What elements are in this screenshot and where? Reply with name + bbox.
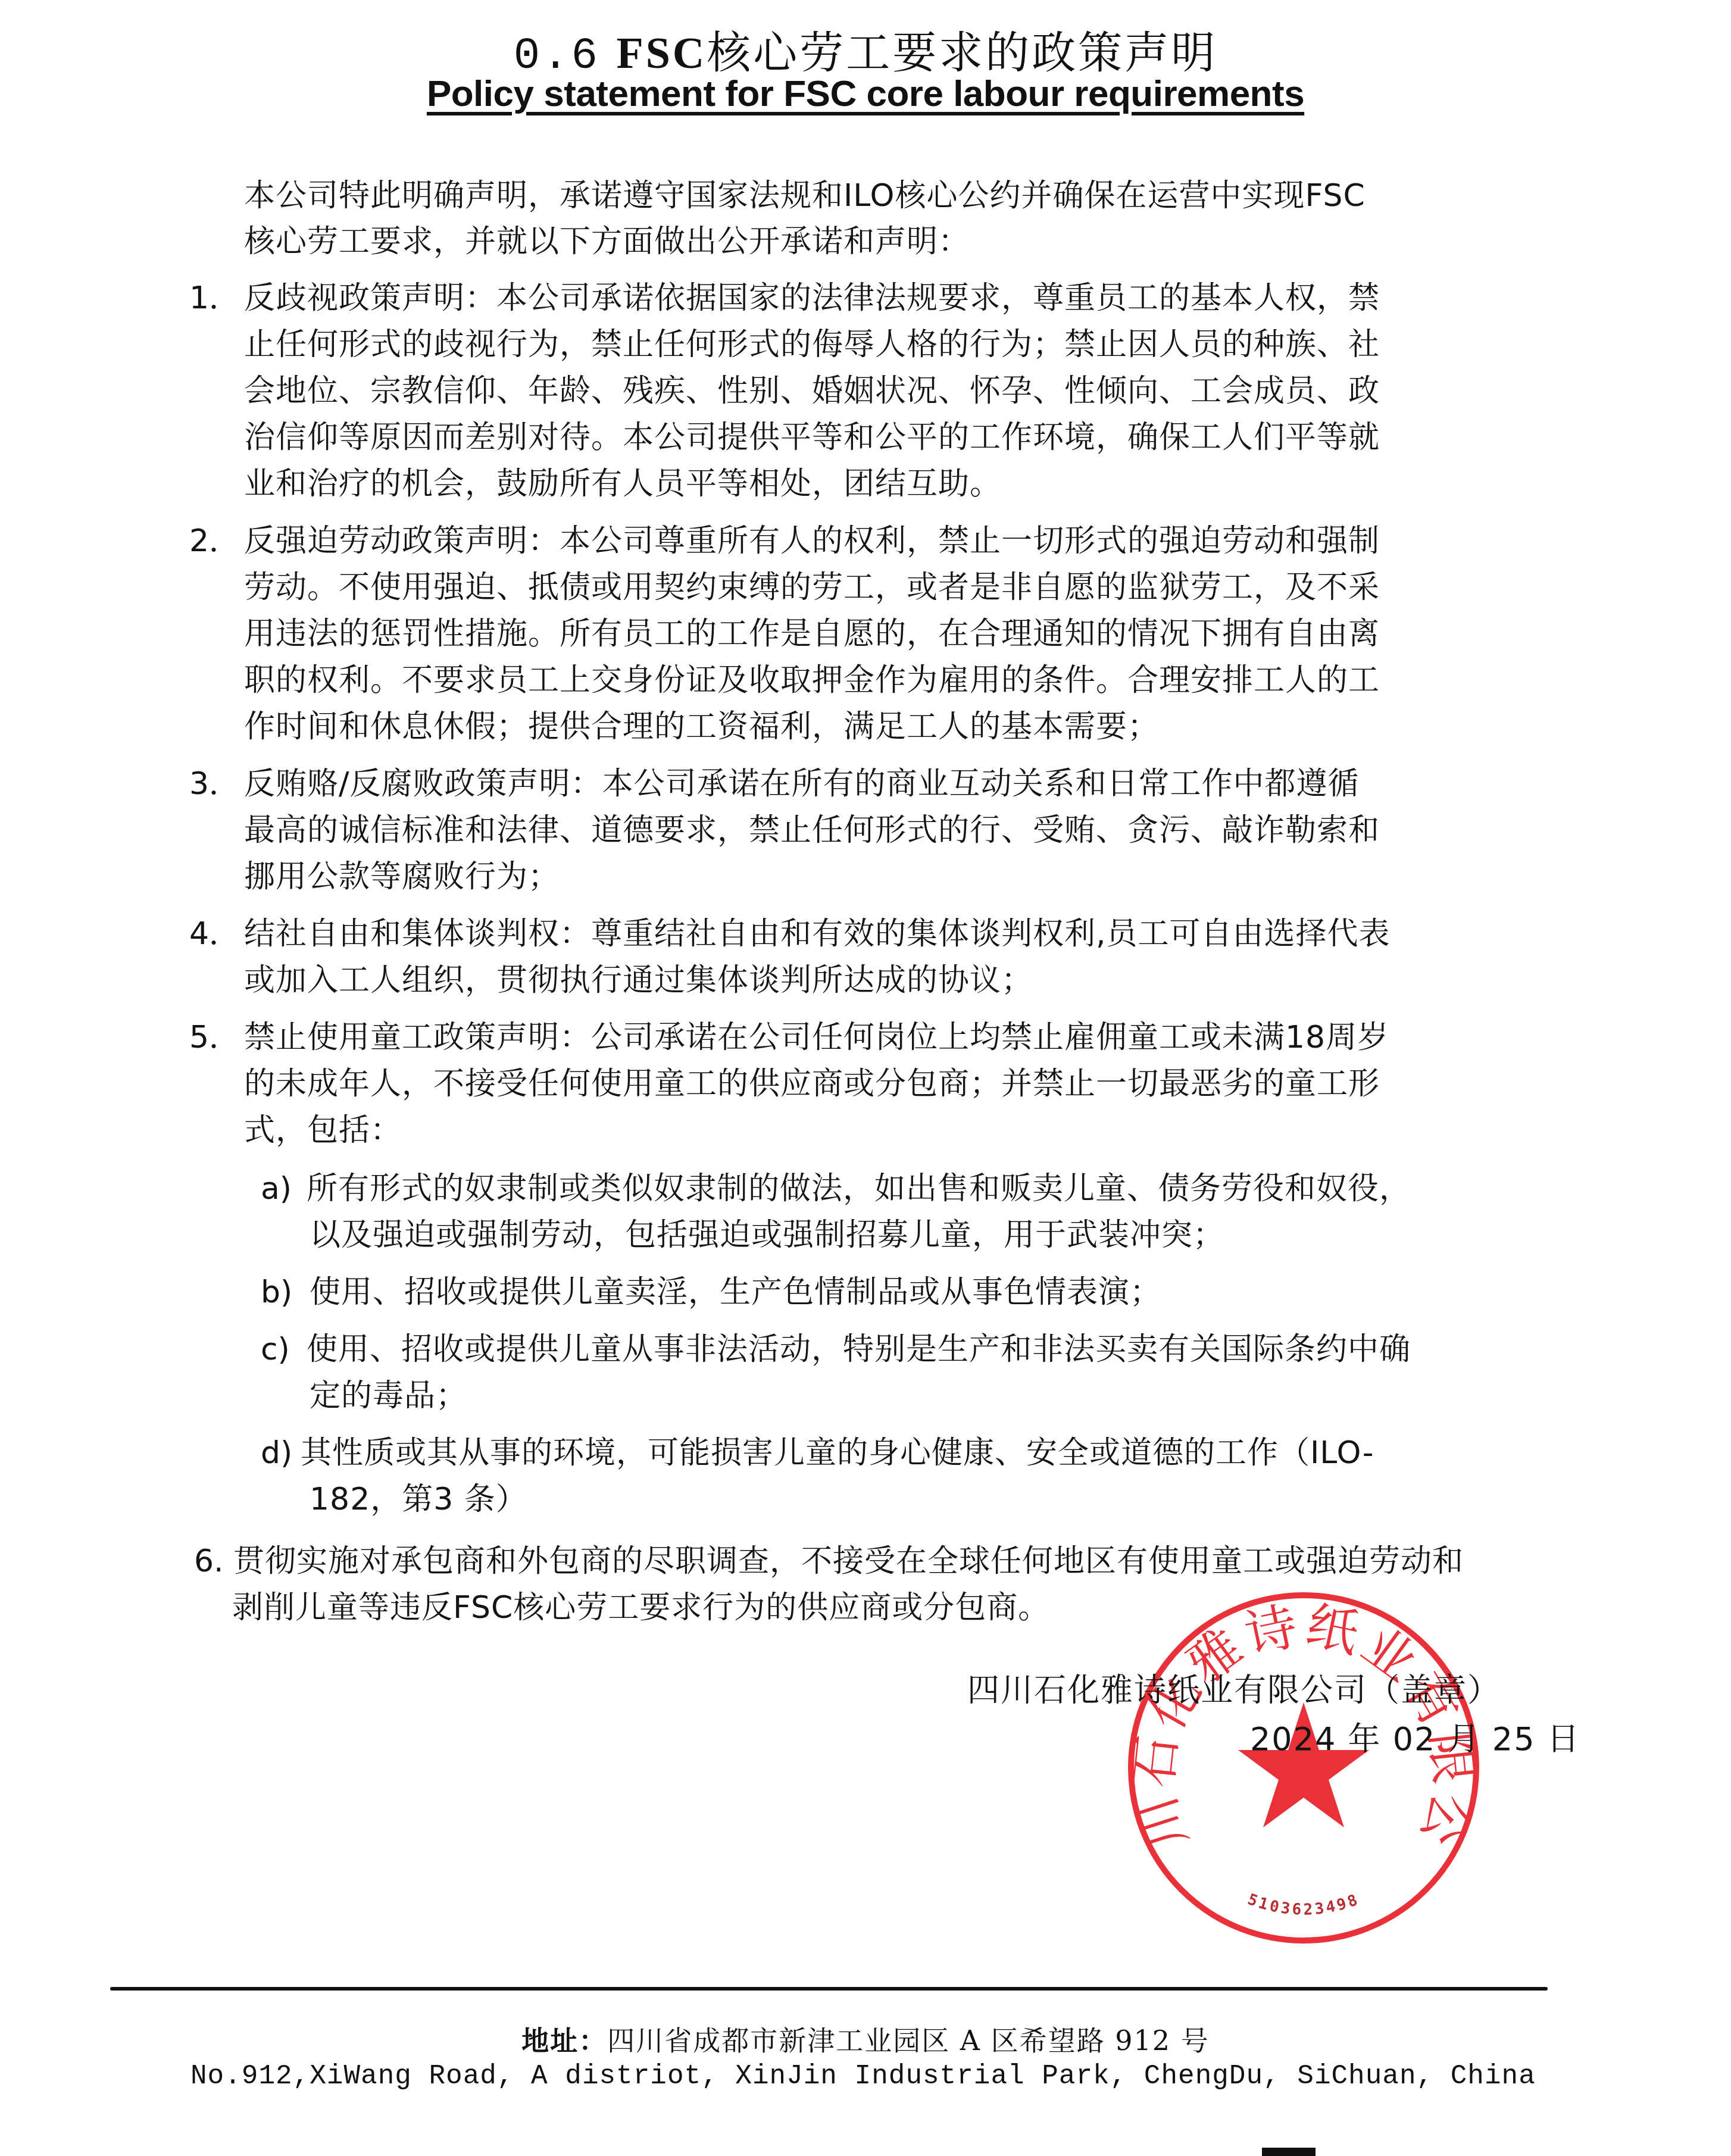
intro-line: 本公司特此明确声明，承诺遵守国家法规和ILO核心公约并确保在运营中实现FSC	[244, 177, 1366, 214]
item-number: 3．	[189, 765, 240, 802]
item-line: 反歧视政策声明：本公司承诺依据国家的法律法规要求，尊重员工的基本人权，禁	[244, 280, 1380, 317]
title-fsc: FSC	[616, 29, 707, 78]
item-line: 反贿赂/反腐败政策声明：本公司承诺在所有的商业互动关系和日常工作中都遵循	[244, 765, 1360, 802]
item-line: 治信仰等原因而差别对待。本公司提供平等和公平的工作环境，确保工人们平等就	[244, 419, 1380, 456]
footer-address-cn: 地址：四川省成都市新津工业园区 A 区希望路 912 号	[0, 2019, 1731, 2058]
item-line: 贯彻实施对承包商和外包商的尽职调查，不接受在全球任何地区有使用童工或强迫劳动和	[233, 1543, 1464, 1580]
company-seal-stamp: 四川石化雅诗纸业有限公司 5103623498	[1119, 1583, 1488, 1952]
title-en-text: Policy statement for FSC core labour req…	[427, 73, 1304, 114]
address-label: 地址：	[521, 2024, 607, 2057]
title-cn-text: 核心劳工要求的政策声明	[707, 27, 1217, 79]
item-line: 结社自由和集体谈判权：尊重结社自由和有效的集体谈判权利,员工可自由选择代表	[244, 915, 1391, 952]
item-line: 最高的诚信标准和法律、道德要求，禁止任何形式的行、受贿、贪污、敲诈勒索和	[244, 812, 1380, 849]
item-number: 1．	[189, 280, 240, 317]
item-line: 挪用公款等腐败行为；	[244, 858, 560, 895]
item-number: 5．	[189, 1019, 240, 1056]
item-line: 剥削儿童等违反FSC核心劳工要求行为的供应商或分包商。	[232, 1589, 1049, 1626]
subitem-line: 使用、招收或提供儿童卖淫，生产色情制品或从事色情表演；	[310, 1274, 1161, 1311]
footer-address-en: No.912,XiWang Road, A distriot, XinJin I…	[190, 2061, 1536, 2092]
intro-line: 核心劳工要求，并就以下方面做出公开承诺和声明：	[244, 223, 970, 260]
item-line: 的未成年人，不接受任何使用童工的供应商或分包商；并禁止一切最恶劣的童工形	[244, 1065, 1380, 1102]
item-number: 4．	[189, 915, 240, 952]
cropped-text-fragment	[1262, 2148, 1316, 2156]
item-line: 劳动。不使用强迫、抵债或用契约束缚的劳工，或者是非自愿的监狱劳工，及不采	[244, 569, 1380, 606]
subitem-label: d)	[261, 1435, 292, 1471]
subitem-line: 使用、招收或提供儿童从事非法活动，特别是生产和非法买卖有关国际条约中确	[307, 1331, 1411, 1368]
subitem-label: b)	[261, 1274, 292, 1311]
item-line: 业和治疗的机会，鼓励所有人员平等相处，团结互助。	[244, 465, 1001, 502]
subitem-line: 182，第3 条）	[310, 1481, 527, 1518]
seal-icon: 四川石化雅诗纸业有限公司 5103623498	[1119, 1583, 1488, 1952]
subitem-label: c)	[261, 1331, 290, 1368]
footer-divider	[110, 1987, 1548, 1991]
signature-company: 四川石化雅诗纸业有限公司（盖章）	[967, 1671, 1501, 1710]
item-line: 作时间和休息休假；提供合理的工资福利，满足工人的基本需要；	[244, 708, 1159, 745]
seal-serial-number: 5103623498	[1245, 1891, 1363, 1919]
item-line: 或加入工人组织，贯彻执行通过集体谈判所达成的协议；	[244, 962, 1033, 999]
subitem-line: 以及强迫或强制劳动，包括强迫或强制招募儿童，用于武装冲突；	[310, 1217, 1224, 1254]
item-number: 2．	[189, 523, 240, 560]
item-line: 反强迫劳动政策声明：本公司尊重所有人的权利，禁止一切形式的强迫劳动和强制	[244, 523, 1380, 560]
item-line: 用违法的惩罚性措施。所有员工的工作是自愿的，在合理通知的情况下拥有自由离	[244, 615, 1380, 652]
item-line: 式，包括：	[244, 1112, 402, 1149]
page-title-cn: 0.6 FSC核心劳工要求的政策声明	[0, 18, 1731, 82]
item-number: 6.	[194, 1543, 224, 1580]
signature-date: 2024 年 02 月 25 日	[1250, 1720, 1580, 1758]
subitem-line: 其性质或其从事的环境，可能损害儿童的身心健康、安全或道德的工作（ILO-	[301, 1435, 1374, 1471]
svg-text:5103623498: 5103623498	[1245, 1891, 1363, 1919]
subitem-line: 所有形式的奴隶制或类似奴隶制的做法，如出售和贩卖儿童、债务劳役和奴役，	[307, 1170, 1411, 1207]
item-line: 禁止使用童工政策声明：公司承诺在公司任何岗位上均禁止雇佣童工或未满18周岁	[244, 1019, 1389, 1056]
subitem-line: 定的毒品；	[310, 1377, 467, 1414]
item-line: 止任何形式的歧视行为，禁止任何形式的侮辱人格的行为；禁止因人员的种族、社	[244, 326, 1380, 363]
item-line: 职的权利。不要求员工上交身份证及收取押金作为雇用的条件。合理安排工人的工	[244, 662, 1380, 699]
page-title-en: Policy statement for FSC core labour req…	[0, 73, 1731, 115]
address-cn-text: 四川省成都市新津工业园区 A 区希望路 912 号	[607, 2024, 1210, 2057]
item-line: 会地位、宗教信仰、年龄、残疾、性别、婚姻状况、怀孕、性倾向、工会成员、政	[244, 373, 1380, 410]
subitem-label: a)	[261, 1170, 292, 1207]
